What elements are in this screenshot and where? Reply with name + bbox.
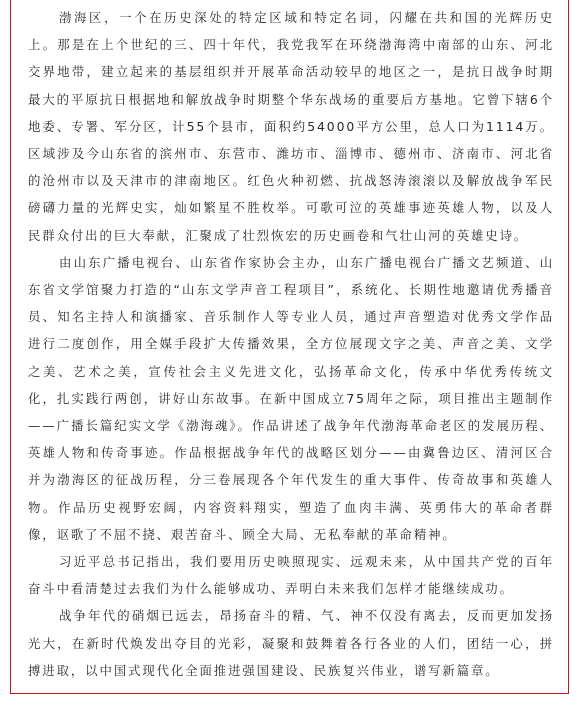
- paragraph-3: 习近平总书记指出，我们要用历史映照现实、远观未来，从中国共产党的百年奋斗中看清楚…: [28, 548, 554, 602]
- paragraph-2: 由山东广播电视台、山东省作家协会主办，山东广播电视台广播文艺频道、山东省文学馆聚…: [28, 249, 554, 548]
- article-body: 渤海区，一个在历史深处的特定区域和特定名词，闪耀在共和国的光辉历史上。那是在上个…: [28, 4, 554, 684]
- paragraph-4: 战争年代的硝烟已远去，昂扬奋斗的精、气、神不仅没有离去，反而更加发扬光大，在新时…: [28, 602, 554, 684]
- paragraph-1: 渤海区，一个在历史深处的特定区域和特定名词，闪耀在共和国的光辉历史上。那是在上个…: [28, 4, 554, 249]
